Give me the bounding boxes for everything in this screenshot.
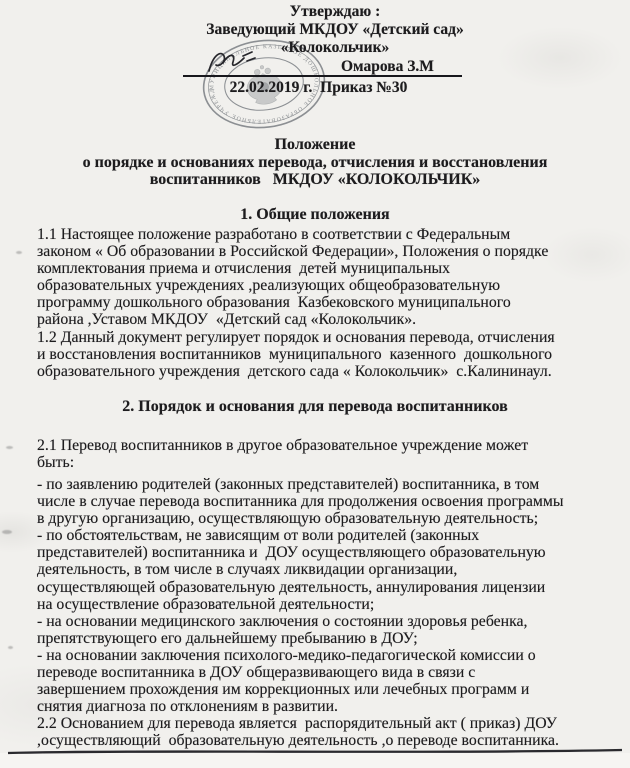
signature-scribble-icon	[203, 47, 281, 79]
scan-speck	[6, 446, 13, 449]
scan-edge-line	[0, 746, 630, 756]
signatory-name: Омарова З.М	[341, 58, 434, 76]
section-1-heading: 1. Общие положения	[0, 206, 630, 224]
scan-speck	[2, 530, 12, 534]
paragraph-2-1-bullets: - по заявлению родителей (законных предс…	[37, 476, 622, 715]
page-title: Положение о порядке и основаниях перевод…	[0, 136, 630, 189]
paragraph-1-2: 1.2 Данный документ регулирует порядок и…	[37, 329, 622, 380]
paragraph-1-1: 1.1 Настоящее положение разработано в со…	[37, 226, 622, 329]
section-2-heading: 2. Порядок и основания для перевода восп…	[0, 398, 630, 416]
paragraph-2-2: 2.2 Основанием для перевода является рас…	[37, 715, 622, 749]
scan-speck	[16, 251, 22, 254]
scanned-document-page: МУНИЦИПАЛЬНОЕ КАЗЕННОЕ ДОШКОЛЬНОЕ ОБРАЗО…	[0, 0, 630, 768]
date-and-order-number: 22.02.2019 г. Приказ №30	[180, 79, 457, 97]
paragraph-2-1-intro: 2.1 Перевод воспитанников в другое образ…	[37, 437, 622, 471]
org-name-line1: Заведующий МКДОУ «Детский сад»	[180, 21, 490, 39]
approve-label: Утверждаю :	[180, 3, 490, 21]
scan-speck	[8, 646, 13, 649]
